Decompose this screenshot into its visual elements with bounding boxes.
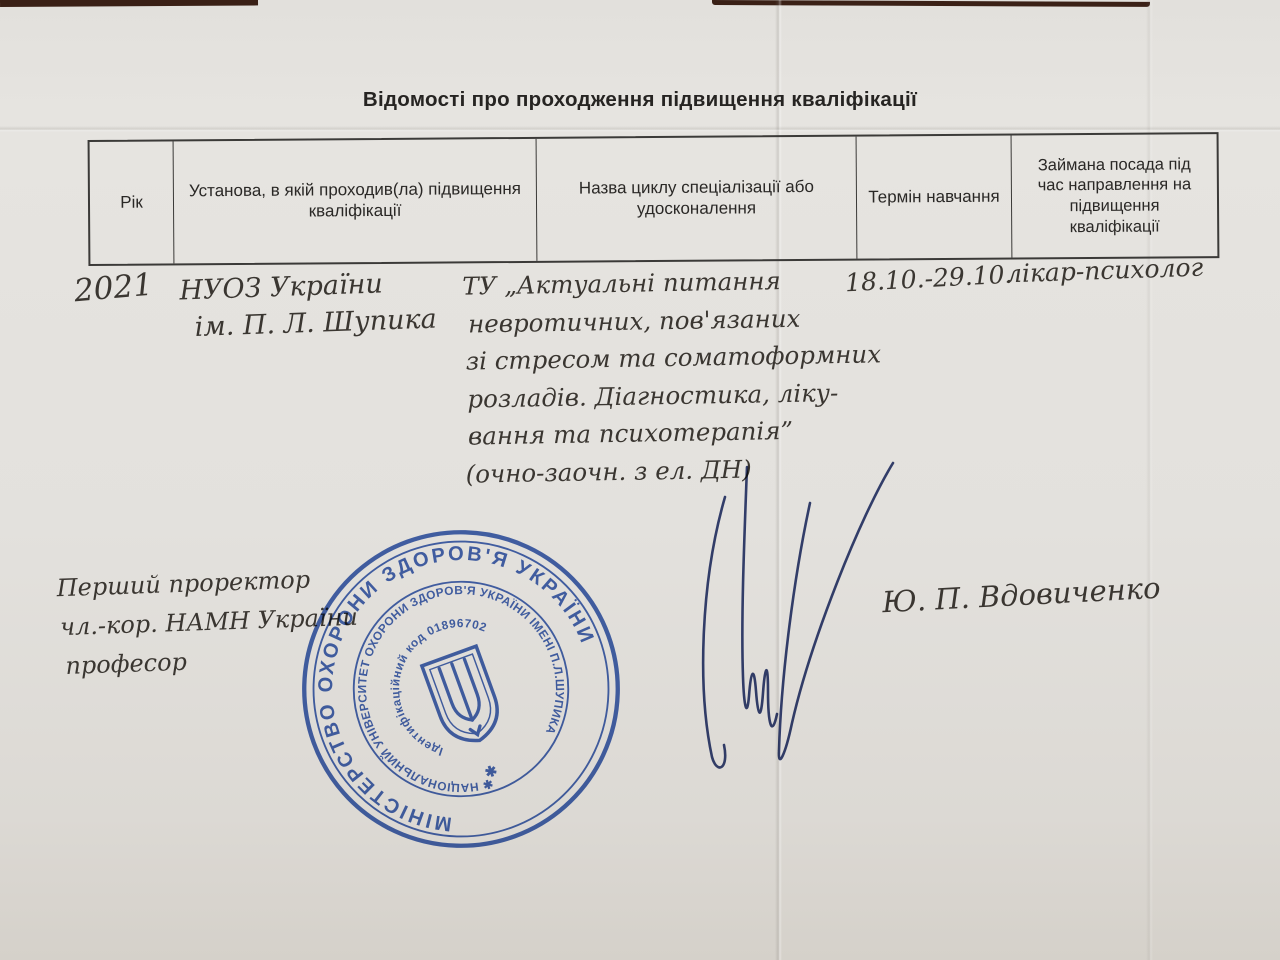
stamp-svg: МІНІСТЕРСТВО ОХОРОНИ ЗДОРОВ'Я УКРАЇНИ ✱ … [296,524,626,854]
table-header-institution: Установа, в якій проходив(ла) підвищення… [174,139,538,264]
institution-line-2: ім. П. Л. Шупика [194,301,437,346]
course-line-3: зі стресом та соматоформних [465,335,881,380]
handwritten-year: 2021 [73,267,155,310]
scanned-document-page: Відомості про проходження підвищення ква… [0,0,1280,960]
table-header-position: Займана посада під час направлення на пі… [1012,134,1218,257]
official-stamp: МІНІСТЕРСТВО ОХОРОНИ ЗДОРОВ'Я УКРАЇНИ ✱ … [296,524,626,854]
table-header-year: Рік [90,141,175,264]
scan-edge-top-left [0,0,258,7]
signature-stroke-left [703,497,725,767]
ink-signature [655,455,1005,800]
course-line-4: розладів. Діагностика, ліку- [467,373,882,418]
signature-svg [655,455,1005,800]
paper-fold-horizontal [0,126,1280,132]
qualification-table: Рік Установа, в якій проходив(ла) підвищ… [88,132,1220,266]
document-title: Відомості про проходження підвищення ква… [0,88,1280,112]
signature-stroke-middle [742,467,777,726]
handwritten-position: лікар-психолог [1006,253,1204,289]
trident-emblem [422,646,507,750]
signature-stroke-right-v [779,463,893,759]
table-header-course: Назва циклу спеціалізації або удосконале… [537,137,858,261]
table-header-term: Термін навчання [857,136,1013,259]
handwritten-institution: НУОЗ України ім. П. Л. Шупика [179,264,438,347]
